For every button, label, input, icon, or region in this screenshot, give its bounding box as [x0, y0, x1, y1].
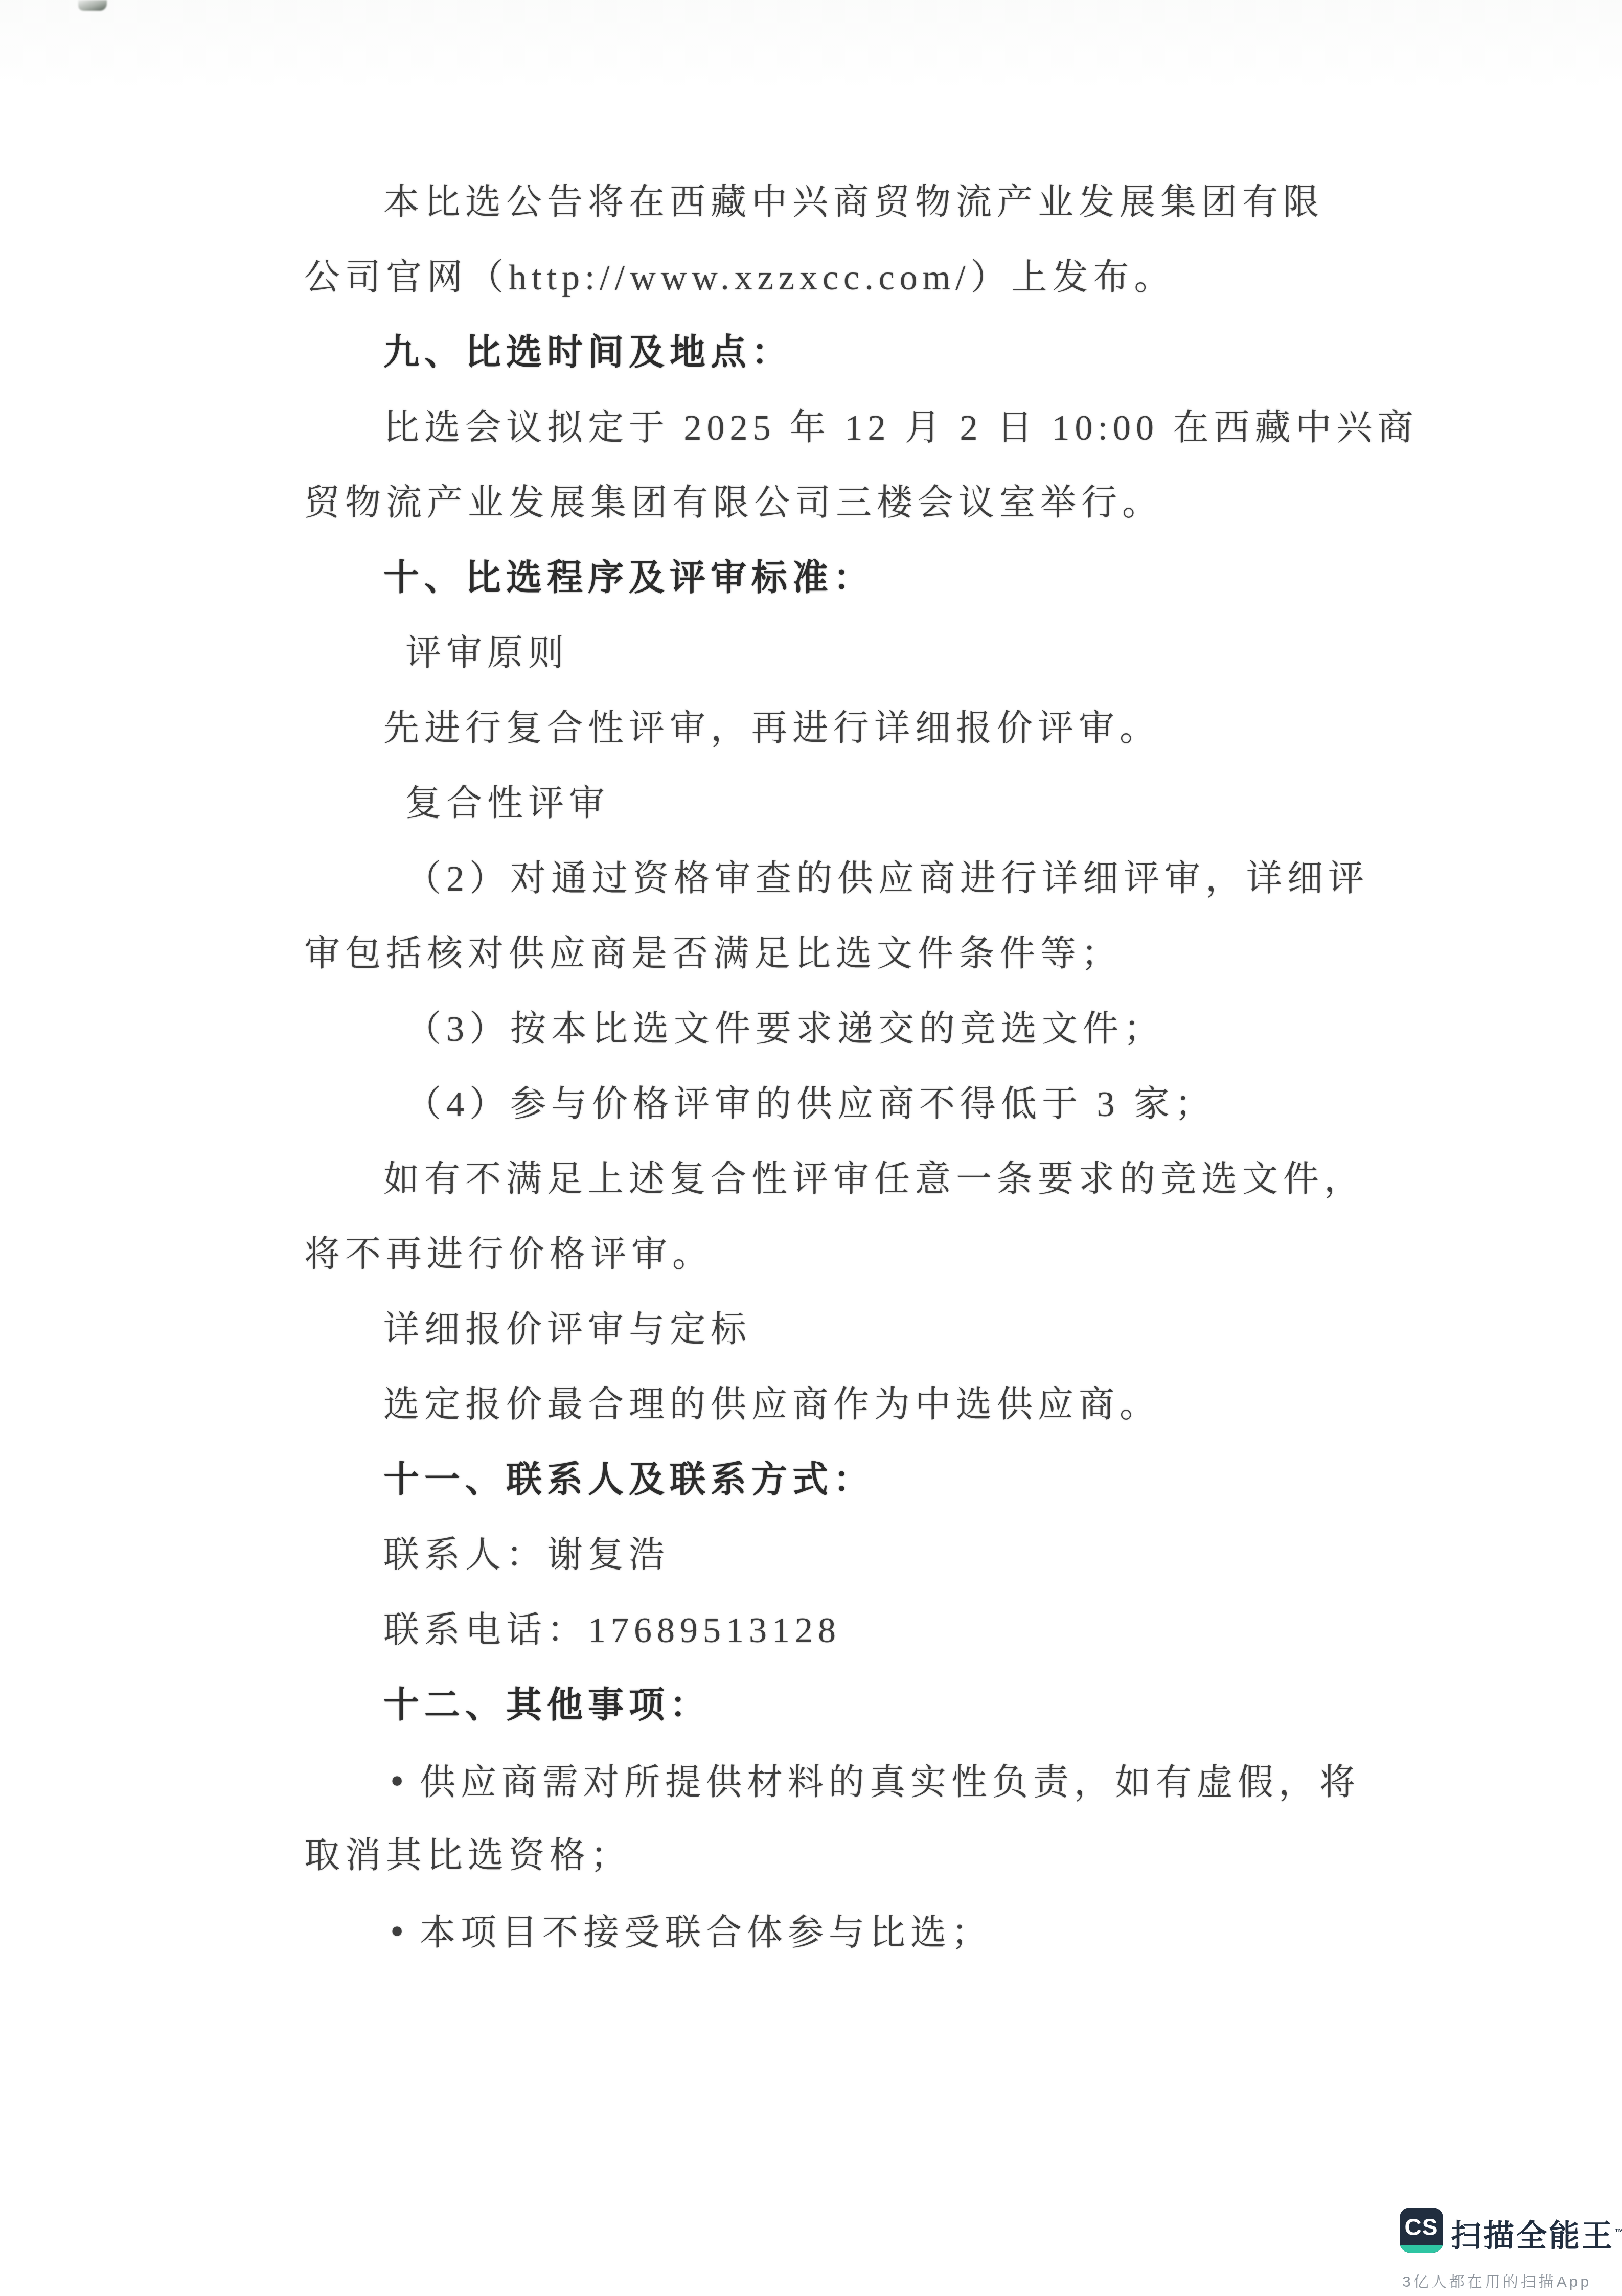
camscanner-icon-teal-strip: [1400, 2245, 1443, 2253]
document-line: •供应商需对所提供材料的真实性负责，如有虚假，将: [304, 1743, 1495, 1818]
document-line-text: 十、比选程序及评审标准：: [383, 559, 874, 598]
document-line-text: 十二、其他事项：: [383, 1686, 711, 1725]
document-line-text: 比选会议拟定于 2025 年 12 月 2 日 10:00 在西藏中兴商: [383, 408, 1418, 448]
document-line: （4）参与价格评审的供应商不得低于 3 家；: [304, 1067, 1495, 1142]
document-line-text: 详细报价评审与定标: [383, 1310, 751, 1350]
camscanner-app-name: 扫描全能王™: [1451, 2212, 1622, 2256]
document-line-text: 复合性评审: [405, 784, 610, 824]
camscanner-app-name-text: 扫描全能王: [1451, 2219, 1614, 2253]
bullet-icon: •: [390, 1743, 420, 1818]
document-heading-line: 十一、联系人及联系方式：: [304, 1443, 1495, 1518]
document-line: 如有不满足上述复合性评审任意一条要求的竞选文件，: [304, 1142, 1495, 1217]
scan-artifact-smudge: [78, 0, 107, 11]
document-line: 选定报价最合理的供应商作为中选供应商。: [304, 1368, 1495, 1443]
camscanner-tagline: 3亿人都在用的扫描App: [1402, 2269, 1591, 2291]
bullet-icon: •: [390, 1894, 420, 1969]
document-heading-line: 九、比选时间及地点：: [304, 315, 1495, 391]
document-line-text: 选定报价最合理的供应商作为中选供应商。: [383, 1385, 1160, 1425]
document-line-text: 供应商需对所提供材料的真实性负责，如有虚假，将: [420, 1763, 1360, 1803]
document-line: 审包括核对供应商是否满足比选文件条件等；: [304, 917, 1495, 992]
document-line: 贸物流产业发展集团有限公司三楼会议室举行。: [304, 466, 1495, 541]
camscanner-app-icon: CS: [1400, 2208, 1443, 2253]
document-line: 取消其比选资格；: [304, 1818, 1495, 1894]
document-line-text: 联系人：谢复浩: [383, 1536, 670, 1575]
document-line-text: （3）按本比选文件要求递交的竞选文件；: [405, 1010, 1164, 1049]
document-line-text: 公司官网（http://www.xzzxcc.com/）上发布。: [304, 258, 1175, 298]
document-line-text: 本比选公告将在西藏中兴商贸物流产业发展集团有限: [383, 183, 1324, 222]
document-line-text: 联系电话：17689513128: [383, 1611, 841, 1650]
document-line: 联系人：谢复浩: [304, 1518, 1495, 1593]
document-line-text: 评审原则: [405, 634, 569, 673]
document-line: •本项目不接受联合体参与比选；: [304, 1894, 1495, 1969]
document-line-text: 九、比选时间及地点：: [383, 333, 792, 373]
document-line: 比选会议拟定于 2025 年 12 月 2 日 10:00 在西藏中兴商: [304, 391, 1495, 466]
camscanner-icon-label: CS: [1405, 2213, 1438, 2241]
document-line-text: （2）对通过资格审查的供应商进行详细评审，详细评: [405, 859, 1369, 899]
camscanner-watermark: CS 扫描全能王™ 3亿人都在用的扫描App: [1400, 2208, 1614, 2292]
document-line: 复合性评审: [304, 766, 1495, 842]
document-line: 先进行复合性评审，再进行详细报价评审。: [304, 691, 1495, 766]
document-line-text: （4）参与价格评审的供应商不得低于 3 家；: [405, 1085, 1216, 1124]
document-heading-line: 十二、其他事项：: [304, 1668, 1495, 1743]
document-line-text: 本项目不接受联合体参与比选；: [420, 1914, 992, 1953]
document-line-text: 贸物流产业发展集团有限公司三楼会议室举行。: [304, 484, 1163, 523]
document-line: （2）对通过资格审查的供应商进行详细评审，详细评: [304, 842, 1495, 917]
document-line: 联系电话：17689513128: [304, 1593, 1495, 1668]
document-line: （3）按本比选文件要求递交的竞选文件；: [304, 992, 1495, 1067]
document-line-text: 先进行复合性评审，再进行详细报价评审。: [383, 709, 1160, 748]
document-line-text: 取消其比选资格；: [304, 1836, 631, 1876]
scanned-document-page: 本比选公告将在西藏中兴商贸物流产业发展集团有限公司官网（http://www.x…: [0, 0, 1622, 2296]
document-line: 公司官网（http://www.xzzxcc.com/）上发布。: [304, 240, 1495, 315]
document-line-text: 审包括核对供应商是否满足比选文件条件等；: [304, 935, 1122, 974]
document-heading-line: 十、比选程序及评审标准：: [304, 541, 1495, 616]
document-line: 详细报价评审与定标: [304, 1292, 1495, 1368]
trademark-icon: ™: [1614, 2227, 1622, 2238]
document-line: 本比选公告将在西藏中兴商贸物流产业发展集团有限: [304, 165, 1495, 240]
document-line-text: 十一、联系人及联系方式：: [383, 1461, 874, 1500]
document-text-block: 本比选公告将在西藏中兴商贸物流产业发展集团有限公司官网（http://www.x…: [304, 165, 1495, 1969]
document-line: 评审原则: [304, 616, 1495, 691]
document-line-text: 如有不满足上述复合性评审任意一条要求的竞选文件，: [383, 1160, 1365, 1199]
document-line: 将不再进行价格评审。: [304, 1217, 1495, 1292]
document-line-text: 将不再进行价格评审。: [304, 1235, 713, 1275]
